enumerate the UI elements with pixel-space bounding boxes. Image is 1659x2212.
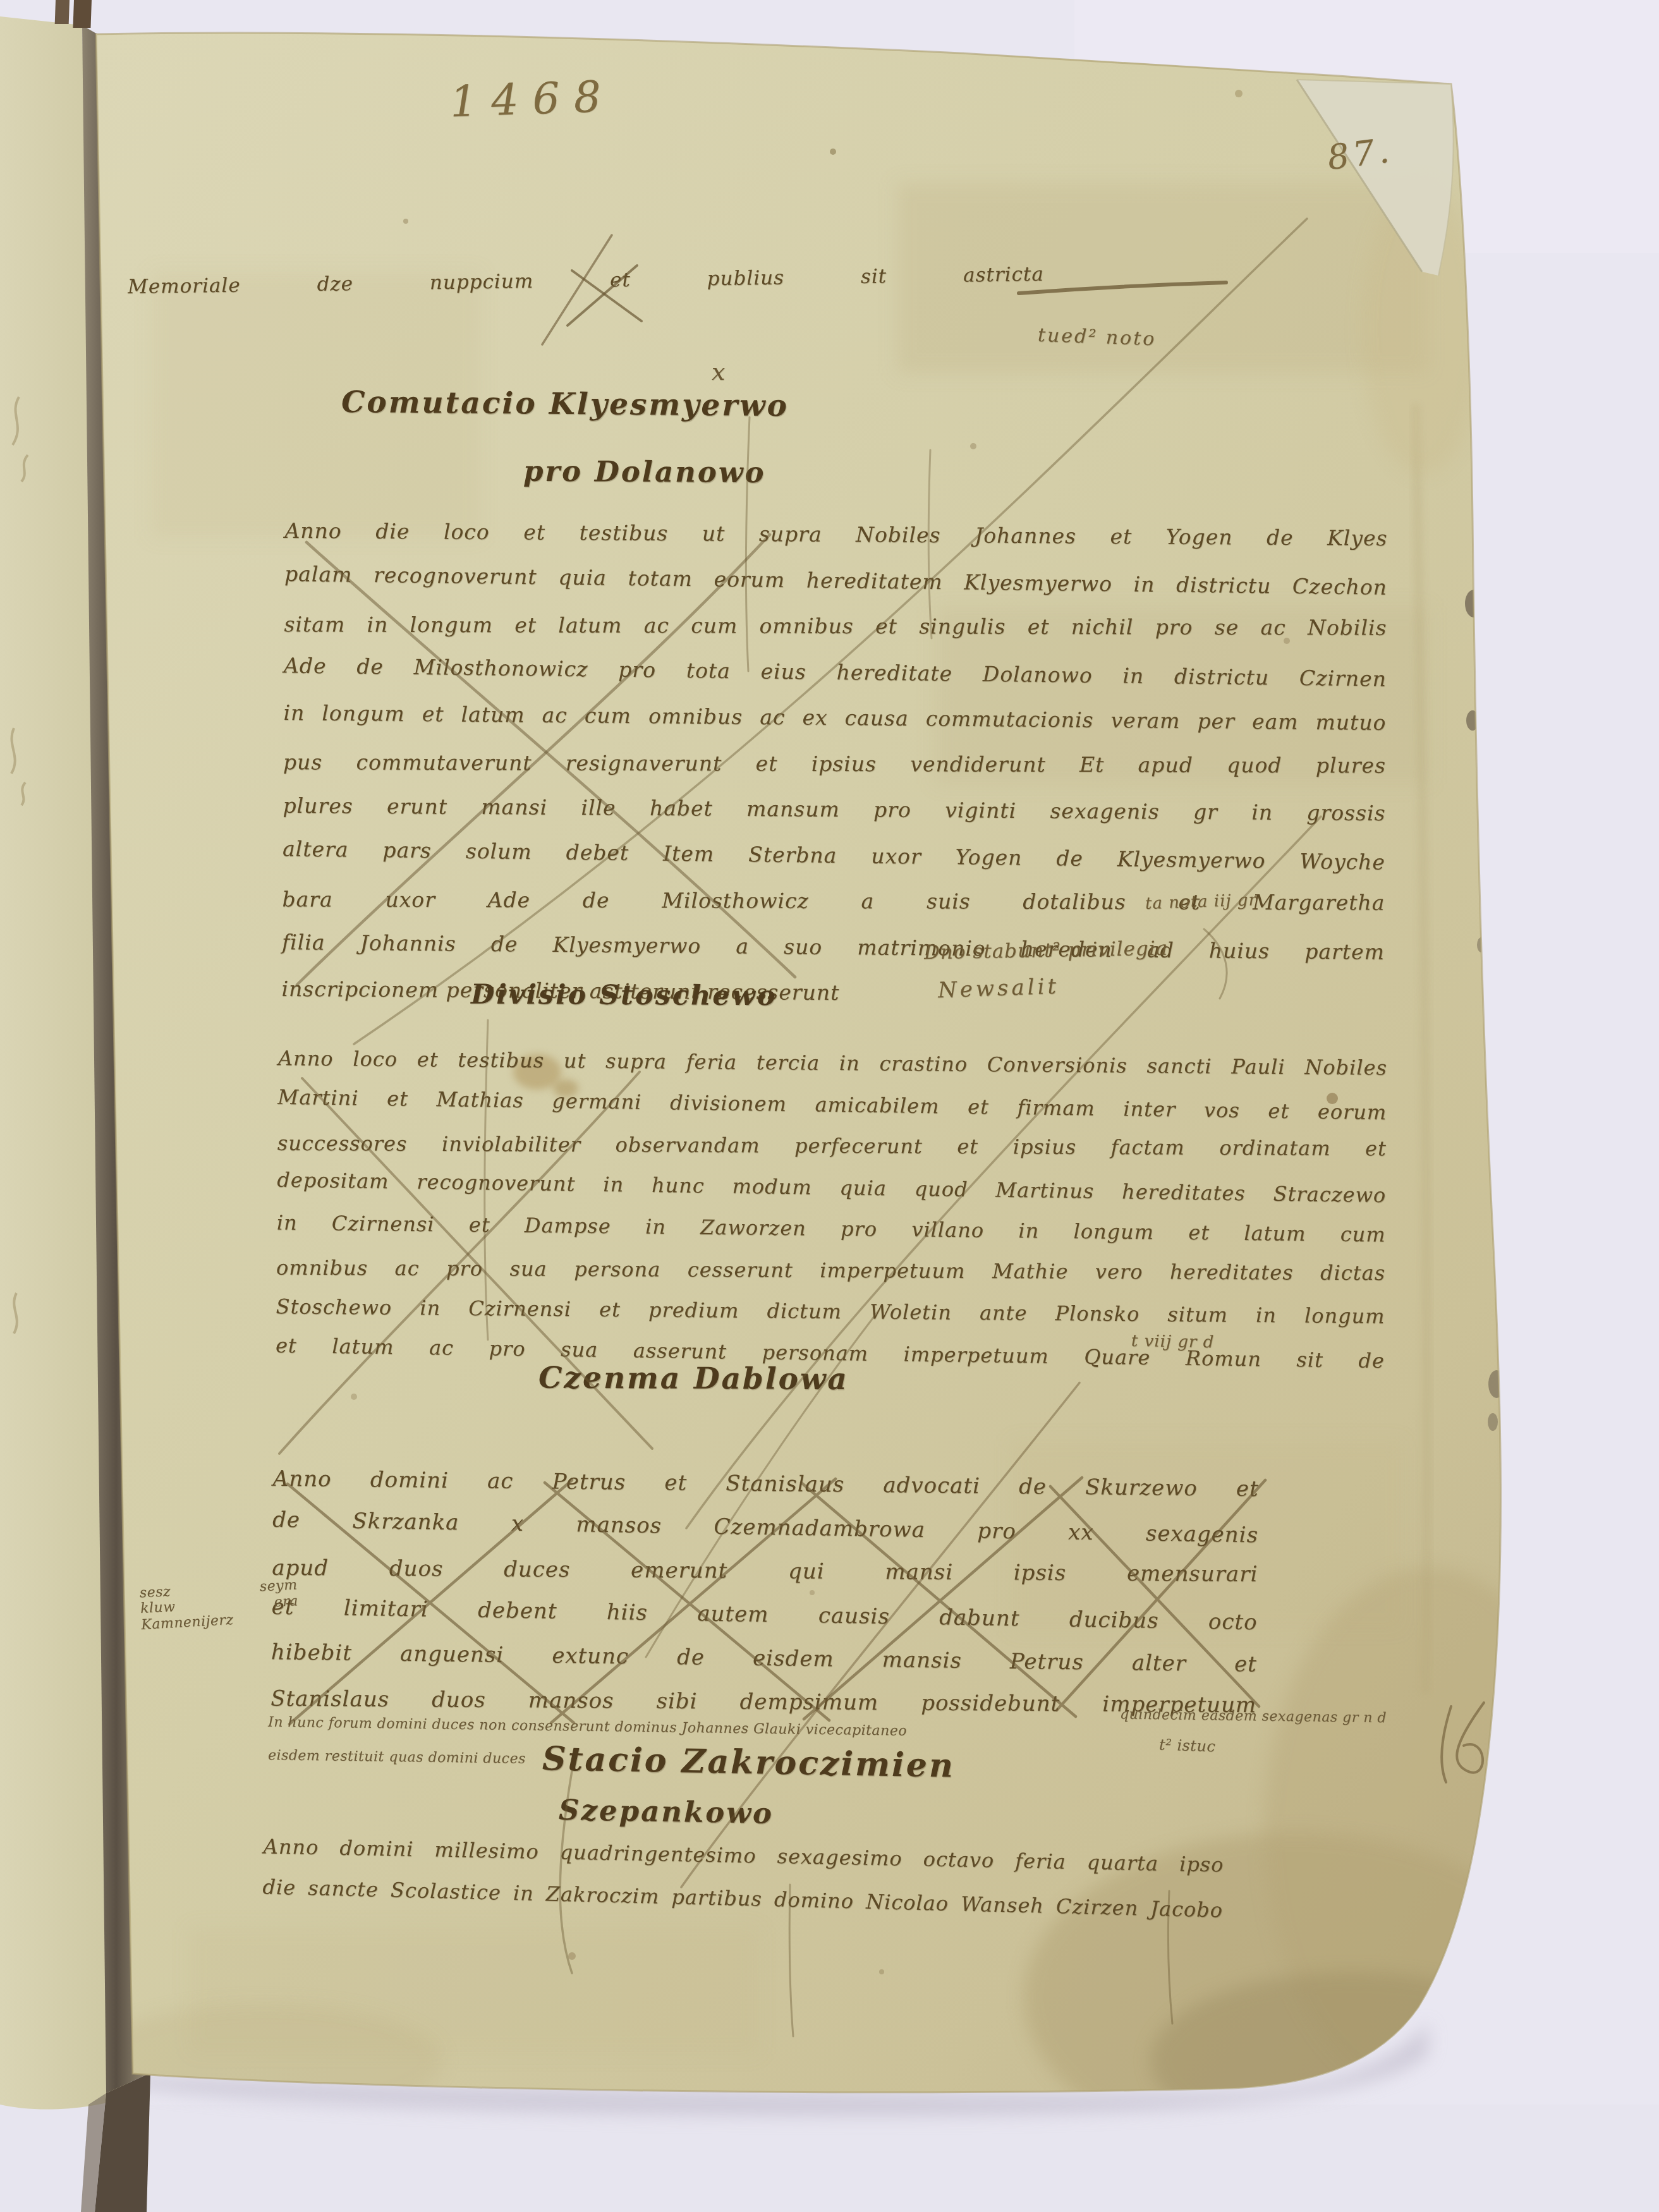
manuscript-scan: { "page": { "year": "1468", "folio": "87…: [0, 0, 1659, 2212]
folio-number: 87.: [1325, 130, 1395, 178]
entry2-paragraph: Anno loco et testibus ut supra feria ter…: [276, 1038, 1388, 1378]
memoriale-note: Memoriale dze nuppcium et publius sit as…: [128, 257, 1045, 305]
manuscript-line: omnibus ac pro sua persona cesserunt imp…: [276, 1247, 1385, 1294]
entry4-heading: Stacio Zakroczimien: [542, 1739, 956, 1785]
memoriale-text: Memoriale dze nuppcium et publius sit as…: [128, 257, 1045, 305]
entry3-interlinear-2: eisdem restituit quas domini duces: [268, 1747, 526, 1767]
edge-smudges: [1465, 590, 1505, 1431]
manuscript-line: pus commutaverunt resignaverunt et ipsiu…: [283, 739, 1386, 789]
entry1-heading: Comutacio Klyesmyerwo: [341, 385, 789, 423]
cross-mark: x: [712, 358, 726, 386]
entry3-heading: Czenma Dablowa: [538, 1361, 849, 1397]
entry1-side-note-2: Newsalit: [937, 974, 1059, 1004]
entry3-paragraph: Anno domini ac Petrus et Stanislaus advo…: [270, 1457, 1259, 1729]
entry1-subheading: pro Dolanowo: [523, 454, 766, 490]
memoriale-side-note: tued² noto: [1037, 324, 1157, 351]
manuscript-line: inscripcionem personaliter astiterunt re…: [281, 966, 1384, 1020]
entry3-left-margin-note: sesz seymkluw eraKamnenijerz: [139, 1577, 300, 1633]
entry4-paragraph: Anno domini millesimo quadringentesimo s…: [262, 1825, 1224, 1929]
year-heading: 1468: [449, 71, 616, 127]
entry1-side-note-1: Dno stabunt² privilegia: [924, 937, 1169, 964]
entry2-heading: Divisio Stoschewo: [471, 979, 777, 1012]
manuscript-line: sitam in longum et latum ac cum omnibus …: [284, 602, 1387, 651]
entry3-side-note: t² istuc: [1159, 1735, 1216, 1755]
entry1-margin-note: ta nota iij gr: [1145, 890, 1258, 913]
entry2-margin-note: t viij gr d: [1131, 1332, 1215, 1352]
entry1-paragraph: Anno die loco et testibus ut supra Nobil…: [281, 508, 1388, 1020]
entry4-subheading: Szepankowo: [559, 1793, 774, 1830]
manuscript-line: in longum et latum ac cum omnibus ac ex …: [283, 690, 1387, 746]
facing-page-edge: [0, 16, 130, 2110]
manuscript-line: filia Johannis de Klyesmyerwo a suo matr…: [282, 920, 1385, 975]
corner-repair-patch: [1297, 80, 1454, 276]
gutter-shadow: [81, 25, 150, 2212]
binding-clasp: [55, 0, 70, 24]
